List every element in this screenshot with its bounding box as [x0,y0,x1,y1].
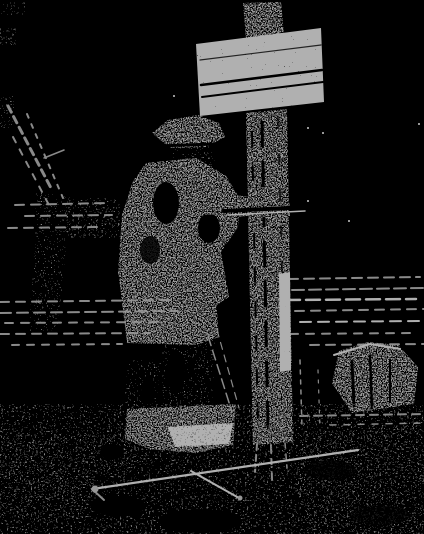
boulder-crevice [352,362,354,406]
corner-speck-patch [0,28,16,45]
tree-foliage [66,198,120,238]
ground-shadow [90,496,146,516]
ground-shadow [304,460,356,480]
speck [418,123,420,125]
torso-shading [140,236,160,264]
illustration-canvas: Monochrome engraving inverted to white-o… [0,0,424,534]
ground-shadow [350,505,410,525]
corner-speck-patch [0,2,26,15]
ground-tool-hook [238,496,243,501]
torso-shading [153,182,179,224]
speck [173,95,175,97]
sack-shadow [100,444,124,460]
speck [307,200,309,202]
hatch-line [286,299,416,300]
speck [348,220,350,222]
leg-shading [167,350,185,394]
post-edge-highlight [279,272,291,372]
speck [307,127,309,129]
hat-brim-shadow [158,144,214,146]
man-breeches [118,263,219,345]
ground-shadow [158,509,242,533]
speck [322,132,324,134]
torso-shading [198,213,220,243]
leg-shading [141,376,155,408]
engraving-scene: Monochrome engraving inverted to white-o… [0,0,424,534]
ground-tool-end [92,486,99,493]
ground [0,404,424,534]
